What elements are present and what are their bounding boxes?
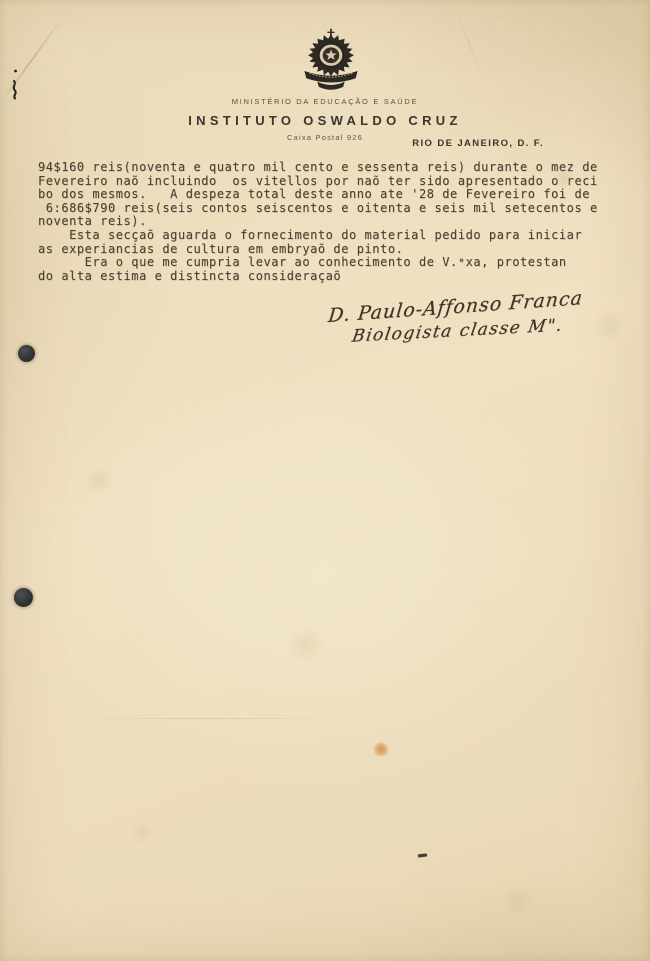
stain-spot [286, 628, 326, 662]
stain-spot [128, 820, 156, 844]
letter-body: 94$160 reis(noventa e quatro mil cento e… [38, 161, 638, 283]
scanned-letter-page: MINISTÉRIO DA EDUCAÇÃO E SAÚDE INSTITUTO… [0, 0, 650, 961]
paper-crease [454, 7, 483, 78]
stain-spot [373, 742, 389, 757]
body-line: as experiancias de cultura em embryaõ de… [38, 243, 638, 257]
punch-hole-top [18, 345, 35, 362]
po-box: Caixa Postal 926 [0, 133, 650, 142]
body-line: Era o que me cumpria levar ao conhecimen… [38, 256, 638, 270]
paper-crease [60, 718, 360, 719]
brazil-coat-of-arms-icon [295, 28, 367, 94]
stain-spot [596, 306, 622, 346]
body-line: 94$160 reis(noventa e quatro mil cento e… [38, 161, 638, 175]
stain-spot [500, 886, 536, 916]
ministry-name: MINISTÉRIO DA EDUCAÇÃO E SAÚDE [0, 97, 650, 106]
body-line: noventa reis). [38, 215, 638, 229]
body-line: do alta estima e distincta consideraçaõ [38, 270, 638, 284]
body-line: 6:686$790 reis(seis contos seiscentos e … [38, 202, 638, 216]
body-line: Fevereiro naõ incluindo os vitellos por … [38, 175, 638, 189]
body-line: Esta secçaõ aguarda o fornecimento do ma… [38, 229, 638, 243]
punch-hole-bottom [14, 588, 33, 607]
stain-spot [552, 168, 576, 188]
ink-dash-mark [418, 853, 427, 857]
city-line: RIO DE JANEIRO, D. F. [412, 138, 544, 149]
body-line: bo dos mesmos. A despeza total deste ann… [38, 188, 638, 202]
stain-spot [84, 468, 114, 494]
institute-name: INSTITUTO OSWALDO CRUZ [0, 113, 650, 128]
